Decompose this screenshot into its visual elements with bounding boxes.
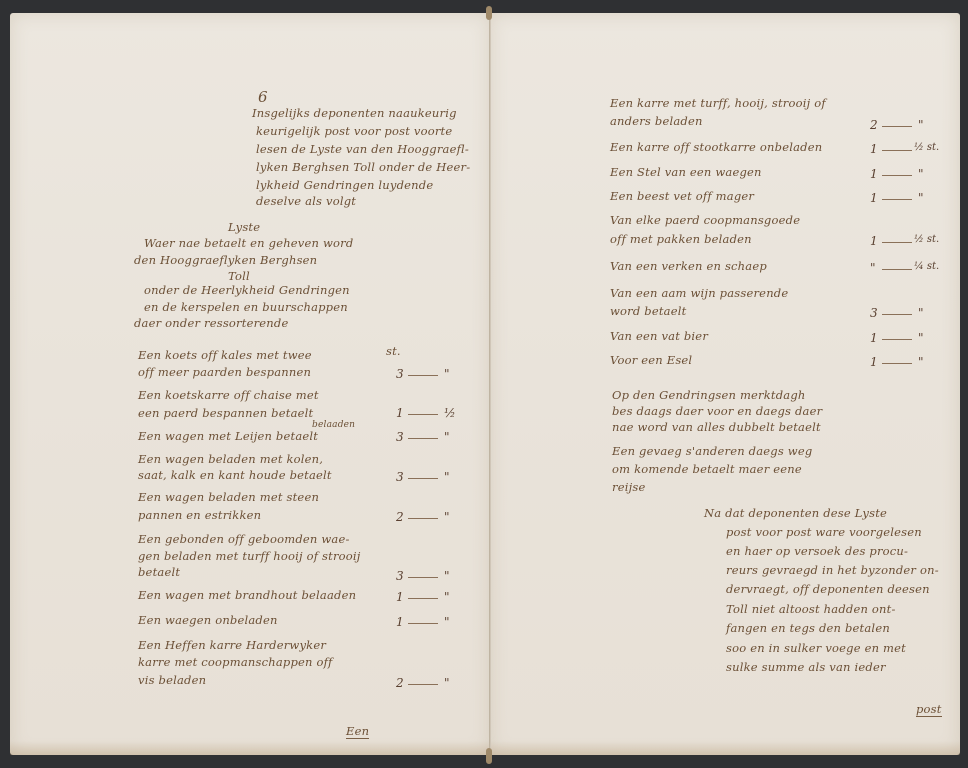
dash: [408, 623, 438, 624]
closing-line: post voor post ware voorgelesen: [726, 527, 922, 539]
closing-line: sulke summe als van ieder: [726, 662, 886, 674]
dash: [882, 175, 912, 176]
note-line: Op den Gendringsen merktdagh: [612, 390, 806, 402]
entry-line: Van elke paerd coopmansgoede: [610, 215, 800, 227]
entry-line: een paerd bespannen betaelt: [138, 408, 313, 420]
dash: [882, 339, 912, 340]
dash: [408, 375, 438, 376]
closing-line: soo en in sulker voege en met: [726, 643, 906, 655]
entry-amount: 1: [396, 590, 404, 604]
entry-amount: 1: [870, 191, 878, 205]
entry-fraction: ": [444, 430, 450, 444]
entry-line: pannen en estrikken: [138, 510, 261, 522]
entry-fraction: ": [918, 191, 924, 205]
entry-line: anders beladen: [610, 116, 703, 128]
entry-fraction: ": [444, 569, 450, 583]
entry-amount: ": [870, 261, 876, 275]
note-line: nae word van alles dubbelt betaelt: [612, 422, 821, 434]
binding-thread-bottom: [486, 748, 492, 764]
list-intro-line: onder de Heerlykheid Gendringen: [144, 285, 350, 297]
entry-line: Een karre off stootkarre onbeladen: [610, 142, 822, 154]
entry-fraction: ½: [444, 406, 456, 420]
entry-fraction: ": [444, 470, 450, 484]
dash: [408, 684, 438, 685]
currency-header: st.: [386, 346, 401, 358]
entry-fraction: ": [444, 615, 450, 629]
note-line: om komende betaelt maer eene: [612, 464, 802, 476]
entry-fraction: ": [444, 676, 450, 690]
entry-amount: 2: [870, 118, 878, 132]
list-title: Lyste: [228, 222, 260, 234]
entry-line: saat, kalk en kant houde betaelt: [138, 470, 332, 482]
entry-amount: 2: [396, 676, 404, 690]
entry-line: Een wagen beladen met kolen,: [138, 454, 323, 466]
note-line: Een gevaeg s'anderen daegs weg: [612, 446, 812, 458]
dash: [882, 150, 912, 151]
entry-amount: 1: [870, 234, 878, 248]
intro-line: keurigelijk post voor post voorte: [256, 126, 452, 138]
entry-line: off meer paarden bespannen: [138, 367, 311, 379]
entry-line: Een waegen onbeladen: [138, 615, 278, 627]
entry-fraction: ½ st.: [914, 234, 939, 245]
entry-fraction: ": [918, 331, 924, 345]
entry-fraction: ": [918, 306, 924, 320]
entry-superscript: belaaden: [312, 421, 355, 430]
entry-amount: 1: [396, 406, 404, 420]
entry-line: gen beladen met turff hooij of strooij: [138, 551, 361, 563]
entry-line: betaelt: [138, 567, 180, 579]
entry-amount: 3: [870, 306, 878, 320]
catchword: Een: [346, 726, 369, 739]
entry-line: Een karre met turff, hooij, strooij of: [610, 98, 826, 110]
entry-amount: 3: [396, 430, 404, 444]
dash: [882, 269, 912, 270]
entry-amount: 3: [396, 470, 404, 484]
binding-thread-top: [486, 6, 492, 20]
entry-fraction: ": [918, 167, 924, 181]
note-line: bes daags daer voor en daegs daer: [612, 406, 822, 418]
entry-line: Een gebonden off geboomden wae-: [138, 534, 350, 546]
entry-line: Van een verken en schaep: [610, 261, 767, 273]
entry-line: Een wagen met Leijen betaelt: [138, 431, 318, 443]
dash: [882, 242, 912, 243]
entry-fraction: ½ st.: [914, 142, 939, 153]
list-intro-line: daer onder ressorterende: [134, 318, 288, 330]
entry-line: Een Stel van een waegen: [610, 167, 762, 179]
entry-amount: 1: [870, 331, 878, 345]
entry-line: karre met coopmanschappen off: [138, 657, 333, 669]
page-number: 6: [258, 90, 268, 105]
entry-line: Van een aam wijn passerende: [610, 288, 788, 300]
entry-line: Een wagen beladen met steen: [138, 492, 319, 504]
entry-line: vis beladen: [138, 675, 206, 687]
list-intro-line: den Hooggraeflyken Berghsen: [134, 255, 317, 267]
entry-fraction: ": [444, 510, 450, 524]
entry-fraction: ": [444, 367, 450, 381]
entry-line: Van een vat bier: [610, 331, 708, 343]
entry-line: Voor een Esel: [610, 355, 692, 367]
entry-line: Een beest vet off mager: [610, 191, 754, 203]
dash: [882, 314, 912, 315]
entry-fraction: ": [918, 355, 924, 369]
entry-line: off met pakken beladen: [610, 234, 752, 246]
entry-line: Een koets off kales met twee: [138, 350, 312, 362]
catchword: post: [916, 704, 942, 717]
dash: [408, 478, 438, 479]
dash: [408, 577, 438, 578]
closing-line: dervraegt, off deponenten deesen: [726, 584, 930, 596]
entry-line: word betaelt: [610, 306, 686, 318]
dash: [408, 438, 438, 439]
entry-amount: 2: [396, 510, 404, 524]
note-line: reijse: [612, 482, 645, 494]
entry-amount: 3: [396, 569, 404, 583]
closing-line: reurs gevraegd in het byzonder on-: [726, 565, 939, 577]
entry-amount: 1: [870, 167, 878, 181]
list-intro-line: Waer nae betaelt en geheven word: [144, 238, 353, 250]
dash: [882, 199, 912, 200]
entry-amount: 1: [396, 615, 404, 629]
entry-amount: 1: [870, 355, 878, 369]
entry-fraction: ": [444, 590, 450, 604]
dash: [408, 414, 438, 415]
entry-line: Een wagen met brandhout belaaden: [138, 590, 356, 602]
intro-line: deselve als volgt: [256, 196, 356, 208]
dash: [882, 363, 912, 364]
entry-amount: 1: [870, 142, 878, 156]
closing-line: Toll niet altoost hadden ont-: [726, 604, 896, 616]
closing-line: Na dat deponenten dese Lyste: [704, 508, 887, 520]
dash: [408, 518, 438, 519]
entry-fraction: ¼ st.: [914, 261, 939, 272]
entry-amount: 3: [396, 367, 404, 381]
entry-line: Een koetskarre off chaise met: [138, 390, 319, 402]
closing-line: en haer op versoek des procu-: [726, 546, 908, 558]
page-fold: [489, 8, 491, 760]
intro-line: lesen de Lyste van den Hooggraefl-: [256, 144, 469, 156]
intro-line: Insgelijks deponenten naaukeurig: [252, 108, 457, 120]
list-intro-line: en de kerspelen en buurschappen: [144, 302, 348, 314]
dash: [882, 126, 912, 127]
dash: [408, 598, 438, 599]
closing-line: fangen en tegs den betalen: [726, 623, 890, 635]
entry-fraction: ": [918, 118, 924, 132]
intro-line: lykheid Gendringen luydende: [256, 180, 433, 192]
list-intro-line: Toll: [228, 271, 250, 283]
intro-line: lyken Berghsen Toll onder de Heer-: [256, 162, 470, 174]
entry-line: Een Heffen karre Harderwyker: [138, 640, 326, 652]
